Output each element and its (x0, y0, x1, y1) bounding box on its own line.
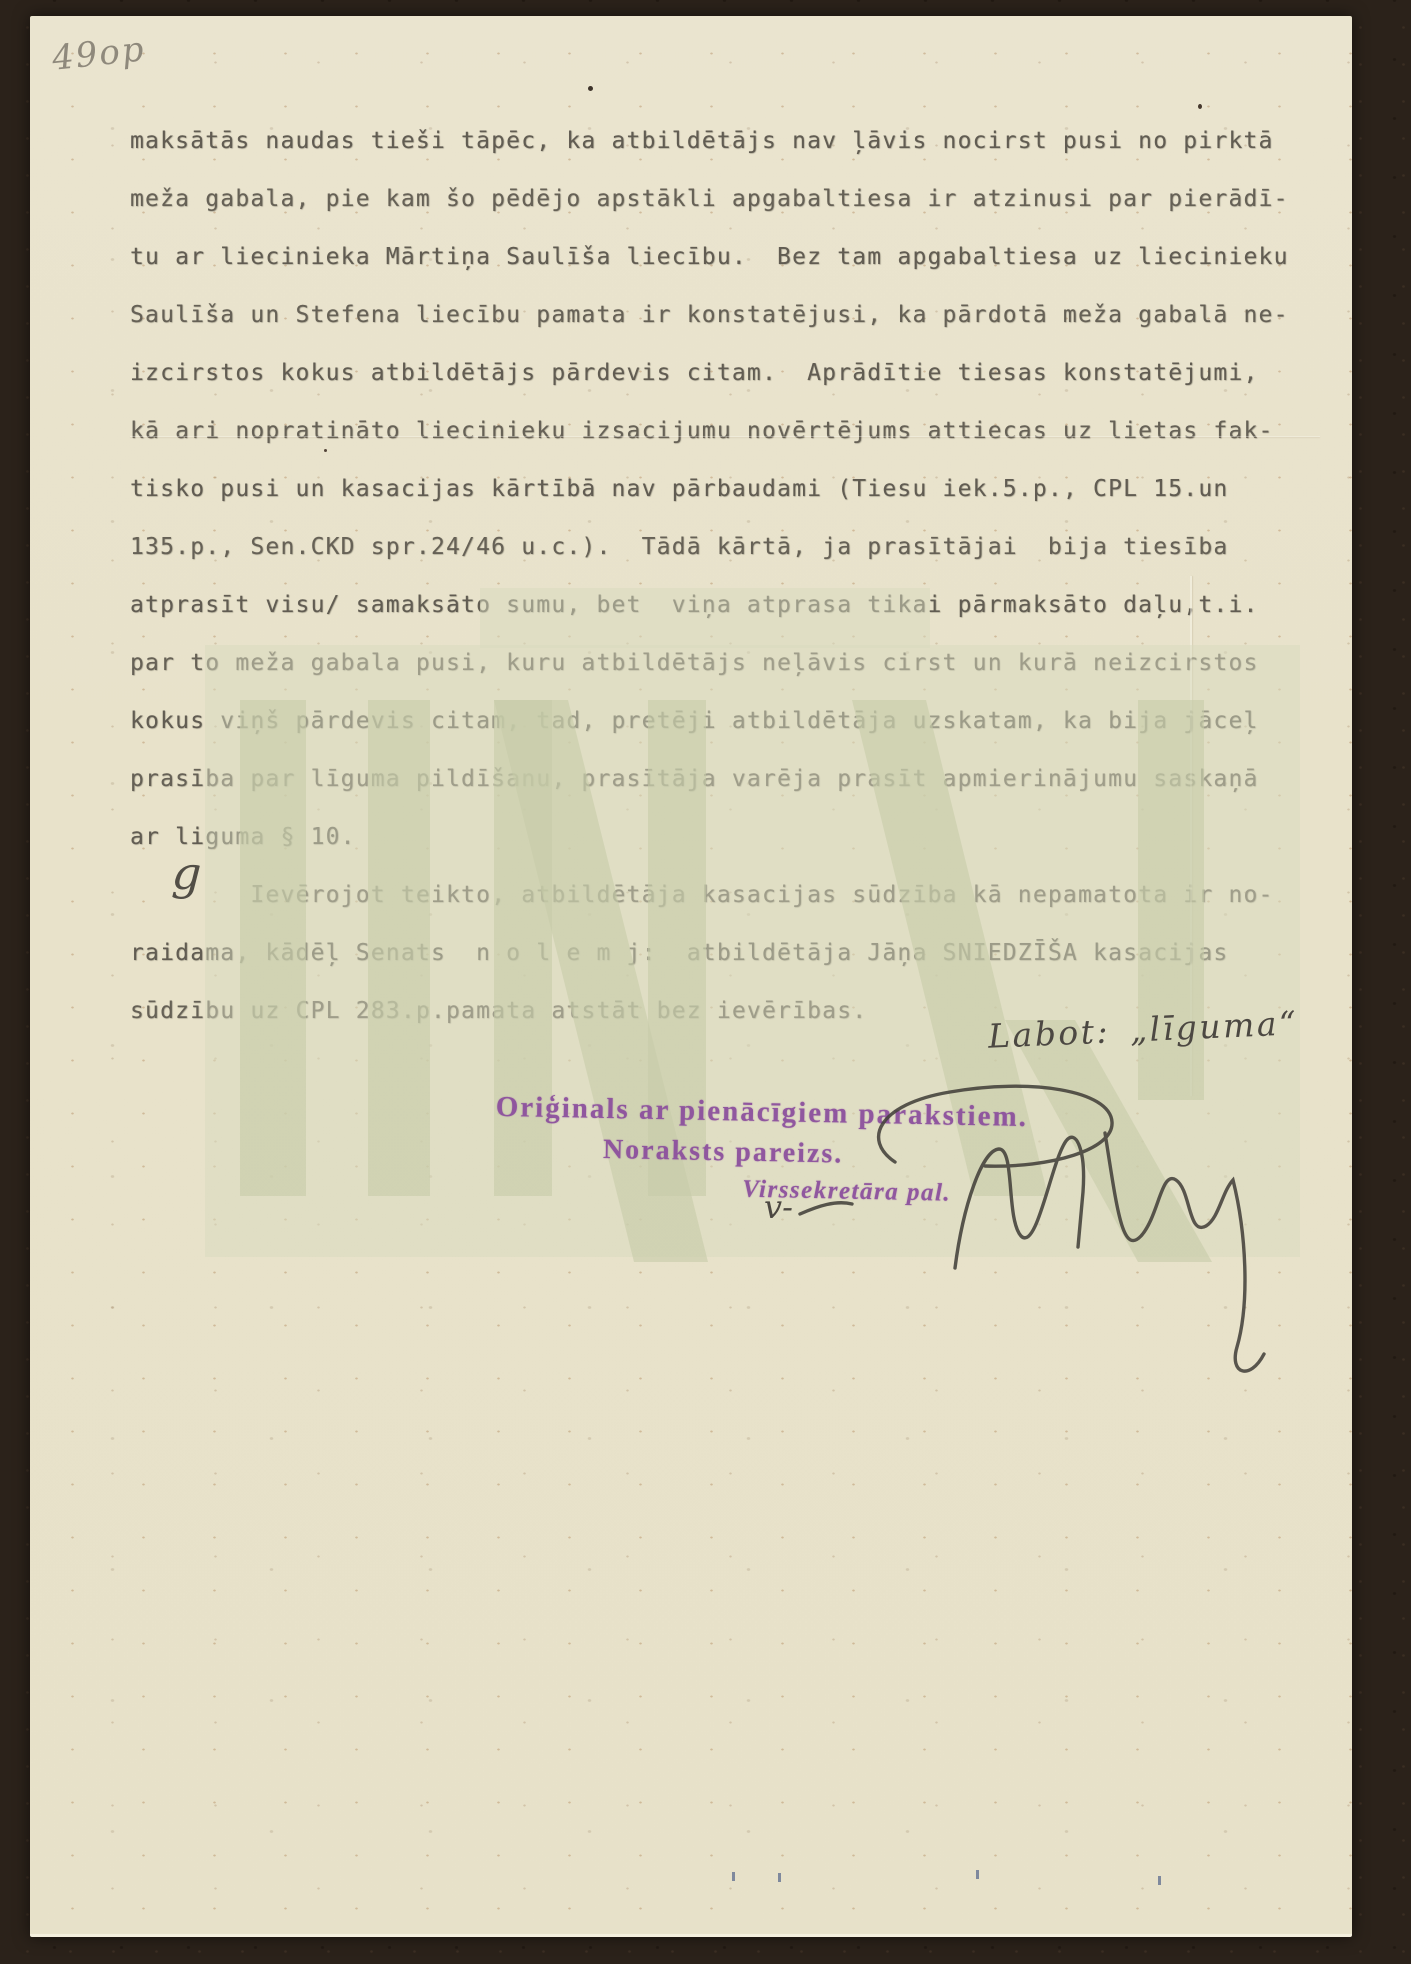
paper-speck (588, 86, 593, 91)
typewritten-line: atprasīt visu/ samaksāto sumu, bet viņa … (130, 576, 1289, 634)
typewritten-line: izcirstos kokus atbildētājs pārdevis cit… (130, 344, 1289, 402)
pencil-tick-mark (976, 1870, 979, 1879)
typewritten-line: ar liguma § 10. (130, 808, 1289, 866)
typewritten-line: meža gabala, pie kam šo pēdējo apstākli … (130, 170, 1289, 228)
typewritten-line: Ievērojot teikto, atbildētāja kasacijas … (130, 866, 1289, 924)
typewritten-line: raidama, kādēļ Senats n o l e m j: atbil… (130, 924, 1289, 982)
pencil-tick-mark (1158, 1876, 1161, 1885)
pencil-tick-mark (732, 1872, 735, 1881)
certification-stamp: Oriģinals ar pienācīgiem parakstiem. Nor… (494, 1091, 1028, 1209)
typewritten-line: par to meža gabala pusi, kuru atbildētāj… (130, 634, 1289, 692)
typewritten-line: maksātās naudas tieši tāpēc, ka atbildēt… (130, 112, 1289, 170)
pencil-tick-mark (778, 1873, 781, 1882)
paper-speck (1198, 104, 1202, 109)
stamp-line-noraksts: Noraksts pareizs. (603, 1134, 1028, 1174)
handwritten-correction-g: g (171, 845, 203, 900)
typewritten-line: prasība par līguma pildīšanu, prasītāja … (130, 750, 1289, 808)
typewritten-line: Saulīša un Stefena liecību pamata ir kon… (130, 286, 1289, 344)
typewritten-line: 135.p., Sen.CKD spr.24/46 u.c.). Tādā kā… (130, 518, 1289, 576)
typewritten-line: kokus viņš pārdevis citam, tad, pretēji … (130, 692, 1289, 750)
stamp-line-virssekretars: Virssekretāra pal. (742, 1176, 1027, 1209)
typewritten-line: tisko pusi un kasacijas kārtībā nav pārb… (130, 460, 1289, 518)
paper-crease-horizontal (130, 436, 1320, 437)
typewritten-line: tu ar liecinieka Mārtiņa Saulīša liecību… (130, 228, 1289, 286)
paper-speck (324, 449, 327, 452)
scan-background: 49op maksātās naudas tieši tāpēc, ka atb… (0, 0, 1411, 1964)
typewritten-line: kā ari nopratināto liecinieku izsacijumu… (130, 402, 1289, 460)
typewritten-text-block: maksātās naudas tieši tāpēc, ka atbildēt… (130, 112, 1289, 1040)
